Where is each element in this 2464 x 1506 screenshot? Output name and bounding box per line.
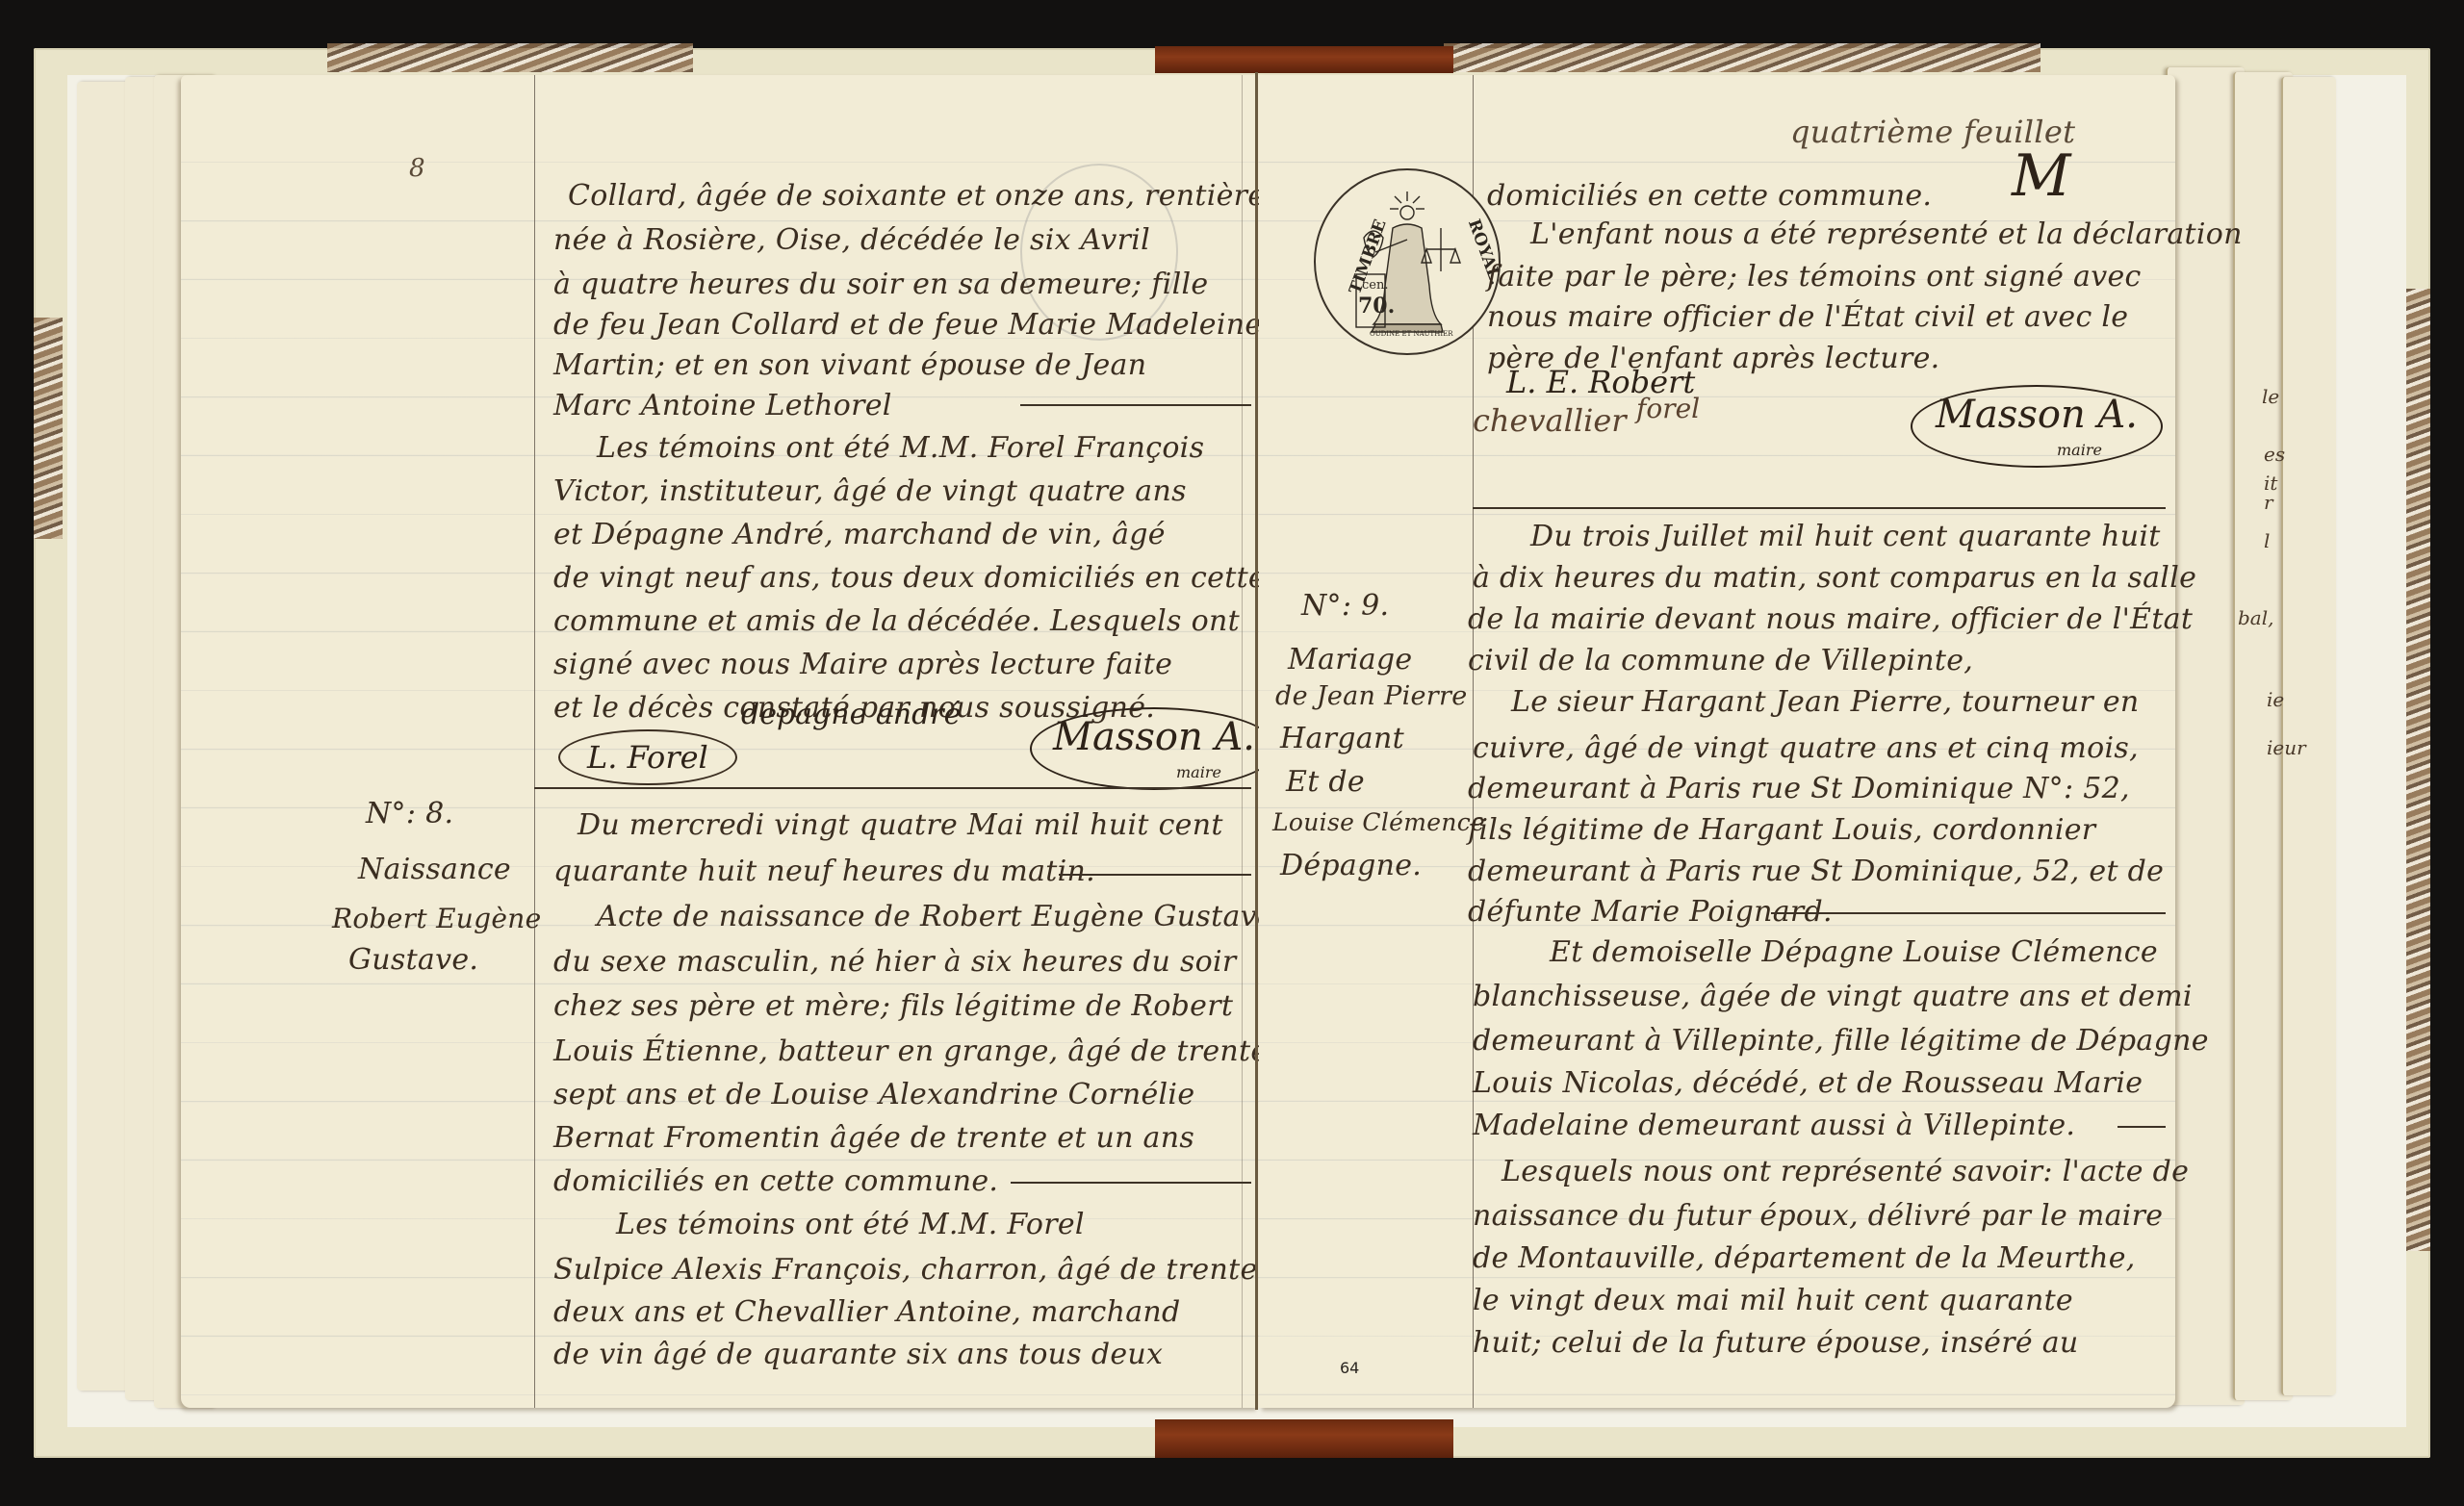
text-line: Madelaine demeurant aussi à Villepinte. xyxy=(1473,1109,2075,1142)
line-filler xyxy=(1771,912,2166,914)
entry-name: Dépagne. xyxy=(1280,849,1422,882)
book-gutter xyxy=(1255,72,1258,1410)
text-line: de feu Jean Collard et de feue Marie Mad… xyxy=(553,308,1262,342)
text-line: du sexe masculin, né hier à six heures d… xyxy=(553,945,1237,979)
text-line: cuivre, âgé de vingt quatre ans et cinq … xyxy=(1473,731,2139,765)
edge-fragment: es xyxy=(2264,443,2285,466)
text-line: et Dépagne André, marchand de vin, âgé xyxy=(553,518,1166,551)
text-line: Les témoins ont été M.M. Forel xyxy=(616,1208,1085,1241)
edge-fragment: l xyxy=(2264,529,2270,552)
seated-figure-icon xyxy=(1316,170,1499,353)
text-line: signé avec nous Maire après lecture fait… xyxy=(553,648,1172,681)
left-margin-rule xyxy=(534,75,535,1408)
text-line: à dix heures du matin, sont comparus en … xyxy=(1473,561,2196,595)
signature-mayor-name: Masson A. xyxy=(1936,393,2138,437)
stamp-maker: OUDINE ET NAUTHIER xyxy=(1370,330,1452,338)
text-line: de vingt neuf ans, tous deux domiciliés … xyxy=(553,561,1266,595)
signature-mayor: Masson A. maire xyxy=(1911,385,2163,468)
entry-separator xyxy=(1473,507,2166,509)
stamp-denomination-label: cen. xyxy=(1362,278,1388,293)
line-filler xyxy=(1020,404,1251,406)
text-line: demeurant à Paris rue St Dominique, 52, … xyxy=(1468,855,2164,888)
marbled-endpaper-top-right xyxy=(1444,43,2040,72)
text-line: sept ans et de Louise Alexandrine Cornél… xyxy=(553,1078,1194,1111)
entry-name: Et de xyxy=(1286,765,1365,799)
text-line: Marc Antoine Lethorel xyxy=(553,389,892,422)
text-line: demeurant à Paris rue St Dominique N°: 5… xyxy=(1468,772,2130,805)
line-filler xyxy=(1059,874,1251,876)
text-line: domiciliés en cette commune. xyxy=(553,1164,998,1198)
entry-name: de Jean Pierre xyxy=(1275,681,1468,711)
text-line: Victor, instituteur, âgé de vingt quatre… xyxy=(553,474,1187,508)
text-line: huit; celui de la future épouse, inséré … xyxy=(1473,1326,2079,1360)
book-spine-top xyxy=(1155,46,1453,73)
edge-fragment: le xyxy=(2262,385,2279,408)
signature-depagne: depagne andré xyxy=(741,698,961,731)
text-line: blanchisseuse, âgée de vingt quatre ans … xyxy=(1473,980,2193,1013)
text-line: de la mairie devant nous maire, officier… xyxy=(1468,602,2193,636)
marbled-endpaper-top-left xyxy=(327,43,693,72)
marbled-endpaper-left xyxy=(34,318,63,539)
text-line: domiciliés en cette commune. xyxy=(1487,179,1932,213)
line-filler xyxy=(1011,1182,1251,1184)
text-line: Et demoiselle Dépagne Louise Clémence xyxy=(1550,935,2158,969)
entry-name: Hargant xyxy=(1280,722,1404,755)
book-spine-bottom xyxy=(1155,1419,1453,1458)
text-line: Lesquels nous ont représenté savoir: l'a… xyxy=(1501,1155,2189,1188)
text-line: née à Rosière, Oise, décédée le six Avri… xyxy=(553,223,1150,257)
text-line: nous maire officier de l'État civil et a… xyxy=(1487,300,2128,334)
entry-name: Louise Clémence xyxy=(1272,808,1485,836)
stamp-denomination-value: 70. xyxy=(1358,294,1395,319)
text-line: fils légitime de Hargant Louis, cordonni… xyxy=(1468,813,2095,847)
text-line: Sulpice Alexis François, charron, âgé de… xyxy=(553,1253,1258,1287)
entry-type: Naissance xyxy=(358,853,511,886)
text-line: naissance du futur époux, délivré par le… xyxy=(1473,1199,2163,1233)
edge-fragment: ie xyxy=(2267,688,2284,711)
signature-mayor-title: maire xyxy=(2057,441,2102,459)
text-line: le vingt deux mai mil huit cent quarante xyxy=(1473,1284,2073,1317)
text-line: Les témoins ont été M.M. Forel François xyxy=(597,431,1204,465)
entry-name: Gustave. xyxy=(348,943,478,977)
text-line: quarante huit neuf heures du matin. xyxy=(553,855,1095,888)
text-line: de Montauville, département de la Meurth… xyxy=(1473,1241,2136,1275)
text-line: faite par le père; les témoins ont signé… xyxy=(1487,260,2142,294)
text-line: Acte de naissance de Robert Eugène Gusta… xyxy=(597,900,1274,933)
text-line: à quatre heures du soir en sa demeure; f… xyxy=(553,268,1208,301)
signature-mayor: Masson A. maire xyxy=(1030,707,1278,790)
text-line: deux ans et Chevallier Antoine, marchand xyxy=(553,1295,1181,1329)
paraph-mark: M xyxy=(2012,142,2070,210)
text-line: Du mercredi vingt quatre Mai mil huit ce… xyxy=(577,808,1223,842)
text-line: Collard, âgée de soixante et onze ans, r… xyxy=(568,179,1265,213)
text-line: Louis Nicolas, décédé, et de Rousseau Ma… xyxy=(1473,1066,2143,1100)
text-line: de vin âgé de quarante six ans tous deux xyxy=(553,1338,1163,1371)
text-line: Du trois Juillet mil huit cent quarante … xyxy=(1530,520,2161,553)
edge-fragment: r xyxy=(2264,491,2273,514)
page-number: 64 xyxy=(1340,1359,1359,1377)
signature-chevallier: chevallier xyxy=(1473,402,1627,439)
entry-number: N°: 9. xyxy=(1301,589,1389,623)
text-line: Bernat Fromentin âgée de trente et un an… xyxy=(553,1121,1194,1155)
signature-forel: L. Forel xyxy=(558,729,737,785)
edge-fragment: ieur xyxy=(2267,736,2306,759)
signature-mayor-title: maire xyxy=(1176,763,1221,781)
royal-tax-stamp: TIMBRE ROYAL. cen. 70. OUDINE ET NAUTHIE… xyxy=(1314,168,1501,355)
text-line: civil de la commune de Villepinte, xyxy=(1468,644,1973,677)
entry-type: Mariage xyxy=(1288,643,1412,676)
text-line: L'enfant nous a été représenté et la déc… xyxy=(1530,217,2243,251)
entry-number: N°: 8. xyxy=(366,797,453,830)
text-line: chez ses père et mère; fils légitime de … xyxy=(553,989,1233,1023)
text-line: Martin; et en son vivant épouse de Jean xyxy=(553,348,1146,382)
edge-fragment: bal, xyxy=(2238,606,2273,629)
signature-forel: forel xyxy=(1636,393,1700,424)
corner-mark: 8 xyxy=(409,154,425,183)
text-line: Le sieur Hargant Jean Pierre, tourneur e… xyxy=(1511,685,2140,719)
text-line: commune et amis de la décédée. Lesquels … xyxy=(553,604,1240,638)
entry-separator xyxy=(534,787,1251,789)
signature-mayor-name: Masson A. xyxy=(1053,715,1255,759)
text-line: Louis Étienne, batteur en grange, âgé de… xyxy=(553,1034,1268,1068)
entry-name: Robert Eugène xyxy=(332,903,541,934)
line-filler xyxy=(2117,1126,2166,1128)
text-line: demeurant à Villepinte, fille légitime d… xyxy=(1473,1024,2209,1058)
